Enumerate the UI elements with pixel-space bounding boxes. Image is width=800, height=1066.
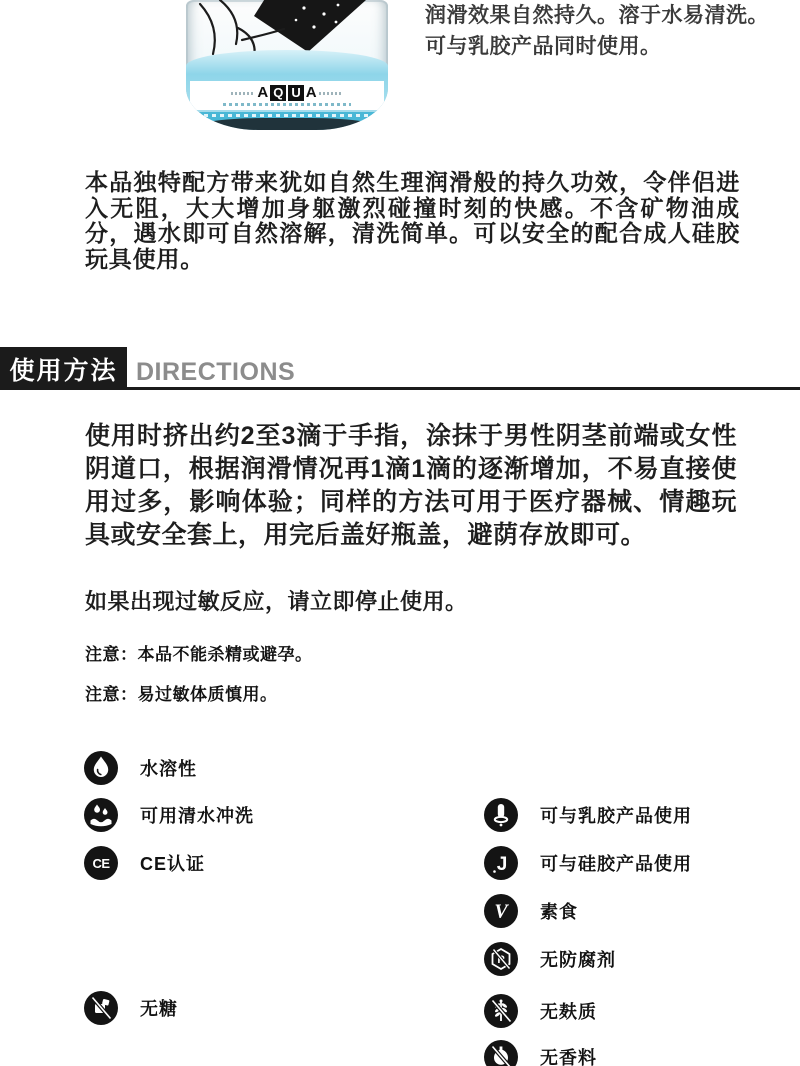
feature-label: 无糖 — [140, 995, 178, 1021]
feature-label: 可与乳胶产品使用 — [540, 802, 692, 828]
no-fragrance-icon — [484, 1040, 518, 1066]
feature-no-preservative: P 无防腐剂 — [484, 942, 616, 976]
feature-no-sugar: 无糖 — [84, 991, 178, 1025]
water-drop-icon — [84, 751, 118, 785]
feature-label: 可与硅胶产品使用 — [540, 850, 692, 876]
product-detail-page: A Q U A 润滑效果自然持久。溶于水易清洗。 可与乳胶产品同时使用。 本品独… — [0, 0, 800, 1066]
brand-letter: A — [257, 85, 268, 101]
feature-no-fragrance: 无香料 — [484, 1040, 597, 1066]
svg-text:CE: CE — [92, 856, 110, 871]
vegan-v-icon: V — [484, 894, 518, 928]
hero-benefit-line1: 润滑效果自然持久。溶于水易清洗。 — [425, 0, 785, 31]
feature-label: 无香料 — [540, 1044, 597, 1066]
feature-label: 水溶性 — [140, 755, 197, 781]
feature-label: 无防腐剂 — [540, 946, 616, 972]
hero-benefit-line2: 可与乳胶产品同时使用。 — [425, 31, 785, 62]
product-bottle-image: A Q U A — [186, 0, 388, 130]
svg-text:J: J — [497, 854, 508, 875]
gluten-free-wheat-icon — [484, 994, 518, 1028]
feature-label: 素食 — [540, 898, 578, 924]
section-heading-en: DIRECTIONS — [136, 358, 295, 387]
brand-aqua: A Q U A — [231, 85, 342, 101]
section-divider-line — [127, 387, 800, 390]
feature-water-soluble: 水溶性 — [84, 751, 197, 785]
bottle-label: A Q U A — [190, 81, 384, 110]
section-heading-cn: 使用方法 — [0, 347, 127, 390]
feature-ce-certified: CE CE认证 — [84, 846, 205, 880]
silicone-toy-icon: J — [484, 846, 518, 880]
note-no-spermicide: 注意：本品不能杀精或避孕。 — [85, 640, 313, 665]
intro-paragraph: 本品独特配方带来犹如自然生理润滑般的持久功效，令伴侣进入无阻，大大增加身躯激烈碰… — [85, 170, 740, 272]
label-dots-right — [319, 92, 343, 95]
feature-label: 无麸质 — [540, 998, 597, 1024]
directions-paragraph: 使用时挤出约2至3滴于手指，涂抹于男性阴茎前端或女性阴道口，根据润滑情况再1滴1… — [85, 420, 737, 552]
brand-letter: A — [306, 85, 317, 101]
feature-label: CE认证 — [140, 850, 205, 876]
feature-silicone-compatible: J 可与硅胶产品使用 — [484, 846, 692, 880]
svg-text:V: V — [494, 901, 509, 923]
no-sugar-icon — [84, 991, 118, 1025]
allergy-warning: 如果出现过敏反应，请立即停止使用。 — [85, 585, 685, 616]
no-preservative-icon: P — [484, 942, 518, 976]
label-dots-left — [231, 92, 255, 95]
bottle-base-shadow — [186, 118, 388, 130]
feature-gluten-free: 无麸质 — [484, 994, 597, 1028]
feature-vegan: V 素食 — [484, 894, 578, 928]
label-fine-print — [223, 103, 351, 106]
brand-letter: Q — [270, 85, 286, 101]
ce-mark-icon: CE — [84, 846, 118, 880]
latex-condom-icon — [484, 798, 518, 832]
feature-latex-compatible: 可与乳胶产品使用 — [484, 798, 692, 832]
brand-letter: U — [288, 85, 303, 101]
hero-benefit-text: 润滑效果自然持久。溶于水易清洗。 可与乳胶产品同时使用。 — [425, 0, 785, 62]
feature-label: 可用清水冲洗 — [140, 802, 254, 828]
note-sensitive-skin: 注意：易过敏体质慎用。 — [85, 680, 278, 705]
feature-rinse: 可用清水冲洗 — [84, 798, 254, 832]
rinse-water-icon — [84, 798, 118, 832]
